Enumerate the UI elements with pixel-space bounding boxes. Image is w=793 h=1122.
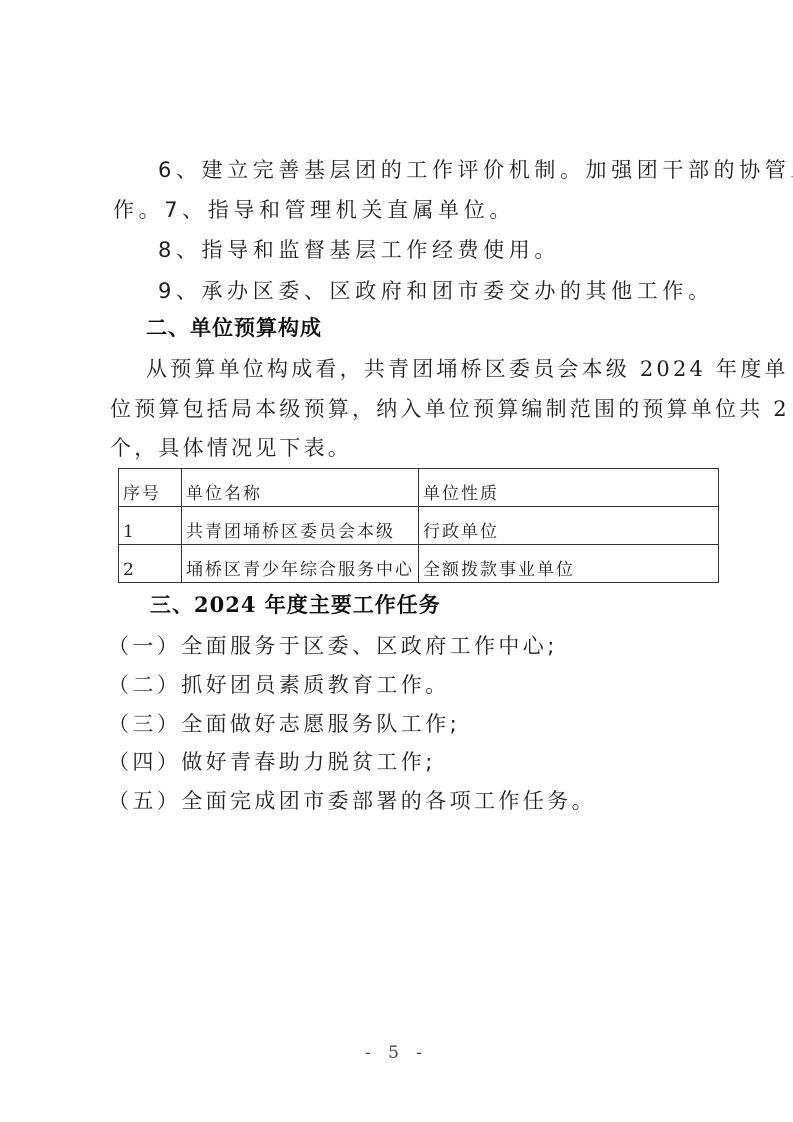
page-number: - 5 - [0,1043,793,1063]
table-row: 1 共青团埇桥区委员会本级 行政单位 [119,507,719,545]
list-item-8: 8、指导和监督基层工作经费使用。 [158,236,560,264]
table-cell: 埇桥区青少年综合服务中心 [182,545,419,583]
task-item: （二）抓好团员素质教育工作。 [108,671,450,699]
table-header-cell: 单位性质 [419,469,719,507]
paragraph-line: 位预算包括局本级预算，纳入单位预算编制范围的预算单位共 2 [110,395,790,423]
list-item-9: 9、承办区委、区政府和团市委交办的其他工作。 [158,277,714,305]
table-row: 2 埇桥区青少年综合服务中心 全额拨款事业单位 [119,545,719,583]
task-item: （一）全面服务于区委、区政府工作中心; [108,632,558,660]
paragraph-line: 从预算单位构成看，共青团埇桥区委员会本级 2024 年度单 [146,355,789,383]
list-item-6: 6、建立完善基层团的工作评价机制。加强团干部的协管工 [158,156,793,184]
task-item: （五）全面完成团市委部署的各项工作任务。 [108,787,596,815]
budget-units-table: 序号 单位名称 单位性质 1 共青团埇桥区委员会本级 行政单位 2 埇桥区青少年… [118,468,719,583]
section-heading-main-tasks: 三、2024 年度主要工作任务 [150,591,441,619]
section-heading-budget-composition: 二、单位预算构成 [146,314,322,342]
list-item-6-7-continuation: 作。7、指导和管理机关直属单位。 [113,196,515,224]
table-cell: 行政单位 [419,507,719,545]
paragraph-line: 个，具体情况见下表。 [110,434,352,462]
task-item: （四）做好青春助力脱贫工作; [108,748,436,776]
table-cell: 共青团埇桥区委员会本级 [182,507,419,545]
table-header-cell: 序号 [119,469,182,507]
table-cell: 全额拨款事业单位 [419,545,719,583]
table-cell: 1 [119,507,182,545]
table-header-cell: 单位名称 [182,469,419,507]
table-header-row: 序号 单位名称 单位性质 [119,469,719,507]
table-cell: 2 [119,545,182,583]
task-item: （三）全面做好志愿服务队工作; [108,710,460,738]
